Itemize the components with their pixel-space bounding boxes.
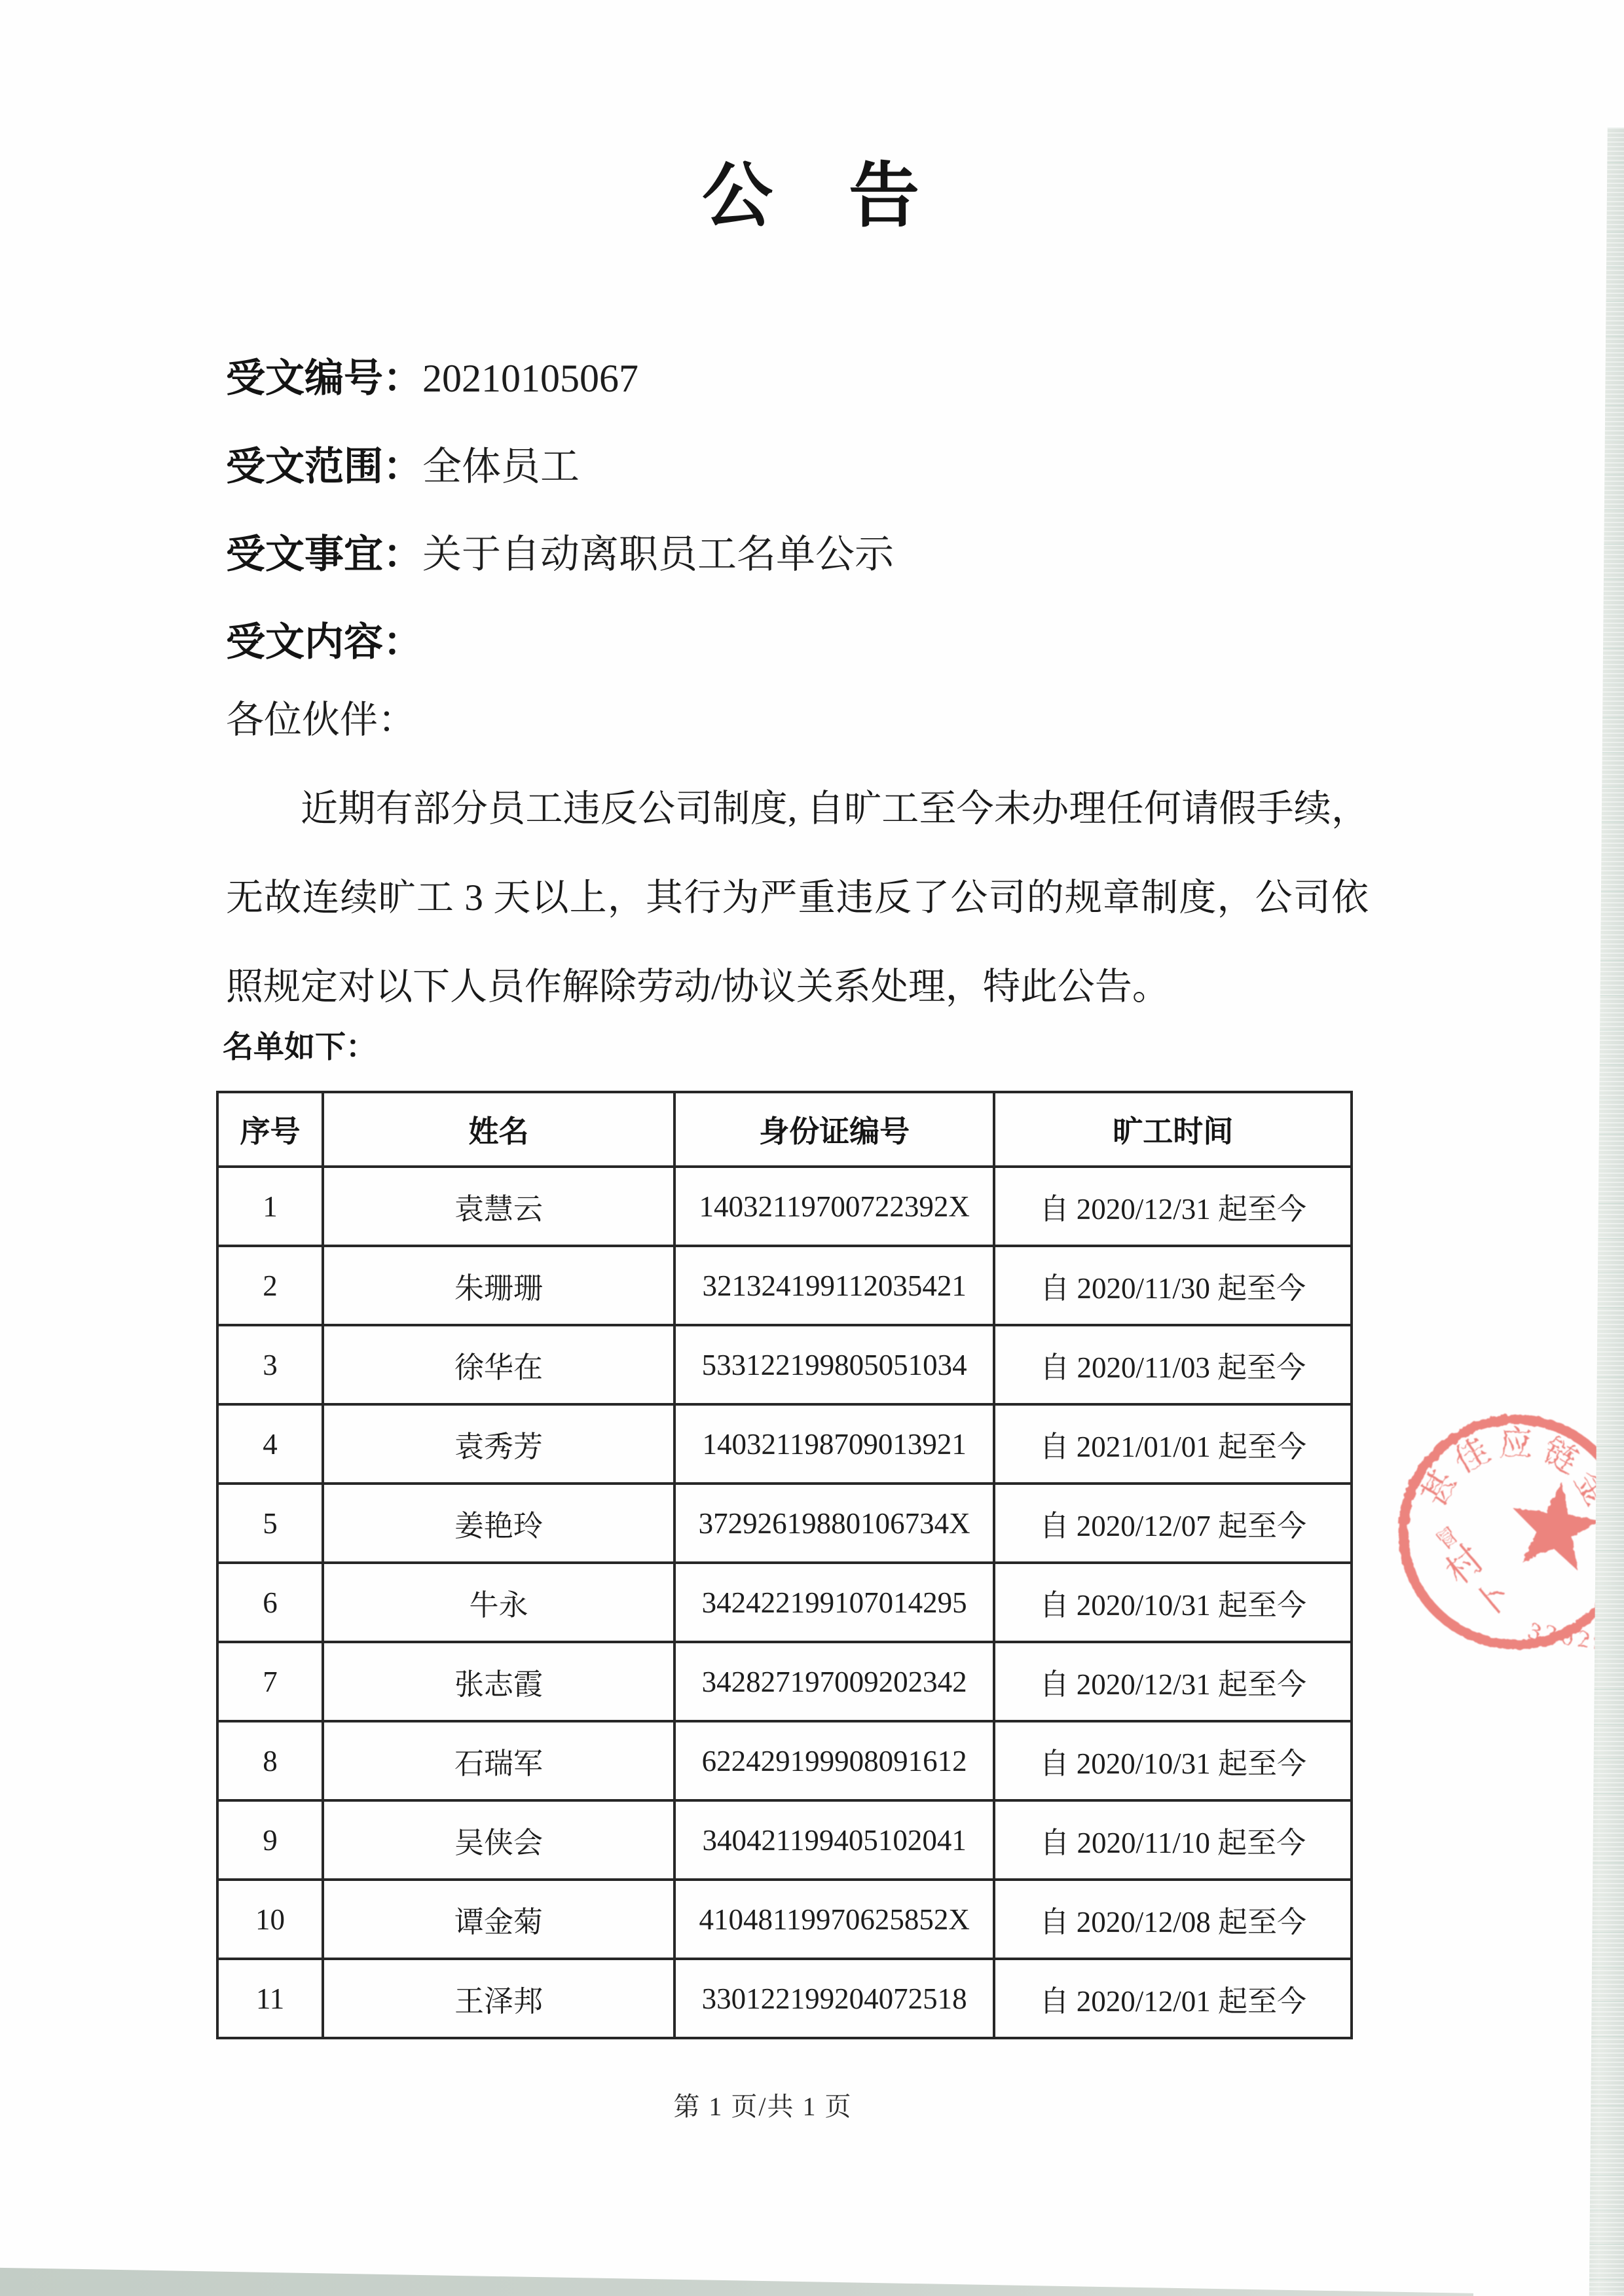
table-cell: 自 2020/11/03 起至今 <box>994 1325 1352 1404</box>
table-cell: 7 <box>217 1642 323 1721</box>
scanned-announcement-page: 公 告 受文编号：20210105067 受文范围：全体员工 受文事宜：关于自动… <box>0 0 1624 2296</box>
table-cell: 吴侠会 <box>323 1800 674 1880</box>
table-cell: 石瑞军 <box>323 1721 674 1800</box>
list-intro: 名单如下： <box>223 1023 377 1066</box>
scope-line: 受文范围：全体员工 <box>226 435 580 492</box>
table-cell: 自 2020/10/31 起至今 <box>994 1721 1352 1800</box>
table-cell: 自 2020/12/07 起至今 <box>994 1484 1352 1563</box>
column-header: 身份证编号 <box>674 1092 994 1167</box>
table-cell: 袁慧云 <box>323 1167 674 1246</box>
doc-number-line: 受文编号：20210105067 <box>226 347 638 403</box>
announcement-paragraph: 近期有部分员工违反公司制度, 自旷工至今未办理任何请假手续，无故连续旷工 3 天… <box>226 765 1369 1032</box>
table-cell: 自 2020/12/31 起至今 <box>994 1642 1352 1721</box>
red-seal-stamp: 甚 佳 应 链 金 冒 村 卜 33029 <box>1352 1368 1624 1696</box>
table-cell: 张志霞 <box>323 1642 674 1721</box>
table-row: 9吴侠会340421199405102041自 2020/11/10 起至今 <box>217 1800 1352 1880</box>
subject-value: 关于自动离职员工名单公示 <box>422 533 894 576</box>
table-cell: 10 <box>217 1880 323 1959</box>
table-row: 10谭金菊41048119970625852X自 2020/12/08 起至今 <box>217 1880 1352 1959</box>
table-cell: 321324199112035421 <box>674 1246 994 1325</box>
table-cell: 8 <box>217 1721 323 1800</box>
table-row: 11王泽邦330122199204072518自 2020/12/01 起至今 <box>217 1959 1352 2038</box>
table-cell: 3 <box>217 1325 323 1404</box>
scope-value: 全体员工 <box>422 445 580 488</box>
table-row: 2朱珊珊321324199112035421自 2020/11/30 起至今 <box>217 1246 1352 1325</box>
table-cell: 王泽邦 <box>323 1959 674 2038</box>
table-cell: 533122199805051034 <box>674 1325 994 1404</box>
table-cell: 1 <box>217 1167 323 1246</box>
header-row: 序号姓名身份证编号旷工时间 <box>217 1092 1352 1167</box>
roster-table: 序号姓名身份证编号旷工时间 1袁慧云14032119700722392X自 20… <box>216 1091 1353 2039</box>
table-row: 6牛永342422199107014295自 2020/10/31 起至今 <box>217 1563 1352 1642</box>
table-cell: 140321198709013921 <box>674 1404 994 1484</box>
table-row: 5姜艳玲37292619880106734X自 2020/12/07 起至今 <box>217 1484 1352 1563</box>
table-cell: 340421199405102041 <box>674 1800 994 1880</box>
table-cell: 自 2020/10/31 起至今 <box>994 1563 1352 1642</box>
table-cell: 14032119700722392X <box>674 1167 994 1246</box>
salutation: 各位伙伴： <box>226 689 416 744</box>
table-cell: 自 2020/12/08 起至今 <box>994 1880 1352 1959</box>
doc-number-value: 20210105067 <box>422 357 638 400</box>
subject-label: 受文事宜： <box>226 533 422 576</box>
page-title: 公 告 <box>0 139 1624 240</box>
table-cell: 342827197009202342 <box>674 1642 994 1721</box>
seal-arc-char: 应 <box>1499 1426 1533 1463</box>
column-header: 姓名 <box>323 1092 674 1167</box>
table-row: 8石瑞军622429199908091612自 2020/10/31 起至今 <box>217 1721 1352 1800</box>
table-cell: 自 2021/01/01 起至今 <box>994 1404 1352 1484</box>
table-row: 3徐华在533122199805051034自 2020/11/03 起至今 <box>217 1325 1352 1404</box>
content-line: 受文内容： <box>226 611 422 667</box>
scope-label: 受文范围： <box>226 445 422 488</box>
table-cell: 自 2020/11/30 起至今 <box>994 1246 1352 1325</box>
table-cell: 姜艳玲 <box>323 1484 674 1563</box>
content-label: 受文内容： <box>226 621 422 664</box>
table-row: 7张志霞342827197009202342自 2020/12/31 起至今 <box>217 1642 1352 1721</box>
table-cell: 41048119970625852X <box>674 1880 994 1959</box>
roster-table-head: 序号姓名身份证编号旷工时间 <box>217 1092 1352 1167</box>
scan-bottom-edge <box>0 2262 1473 2296</box>
table-cell: 11 <box>217 1959 323 2038</box>
table-cell: 徐华在 <box>323 1325 674 1404</box>
table-cell: 342422199107014295 <box>674 1563 994 1642</box>
table-cell: 牛永 <box>323 1563 674 1642</box>
table-cell: 朱珊珊 <box>323 1246 674 1325</box>
table-cell: 330122199204072518 <box>674 1959 994 2038</box>
table-cell: 谭金菊 <box>323 1880 674 1959</box>
table-cell: 2 <box>217 1246 323 1325</box>
page-number: 第 1 页/共 1 页 <box>0 2086 1526 2123</box>
table-cell: 622429199908091612 <box>674 1721 994 1800</box>
table-cell: 9 <box>217 1800 323 1880</box>
table-row: 1袁慧云14032119700722392X自 2020/12/31 起至今 <box>217 1167 1352 1246</box>
table-cell: 袁秀芳 <box>323 1404 674 1484</box>
table-cell: 4 <box>217 1404 323 1484</box>
column-header: 旷工时间 <box>994 1092 1352 1167</box>
roster-table-body: 1袁慧云14032119700722392X自 2020/12/31 起至今2朱… <box>217 1167 1352 2038</box>
table-cell: 5 <box>217 1484 323 1563</box>
column-header: 序号 <box>217 1092 323 1167</box>
table-row: 4袁秀芳140321198709013921自 2021/01/01 起至今 <box>217 1404 1352 1484</box>
table-cell: 自 2020/12/31 起至今 <box>994 1167 1352 1246</box>
table-cell: 37292619880106734X <box>674 1484 994 1563</box>
scan-edge-strip <box>1578 128 1624 2296</box>
table-cell: 自 2020/12/01 起至今 <box>994 1959 1352 2038</box>
table-cell: 自 2020/11/10 起至今 <box>994 1800 1352 1880</box>
subject-line: 受文事宜：关于自动离职员工名单公示 <box>226 523 894 579</box>
table-cell: 6 <box>217 1563 323 1642</box>
doc-number-label: 受文编号： <box>226 357 422 400</box>
